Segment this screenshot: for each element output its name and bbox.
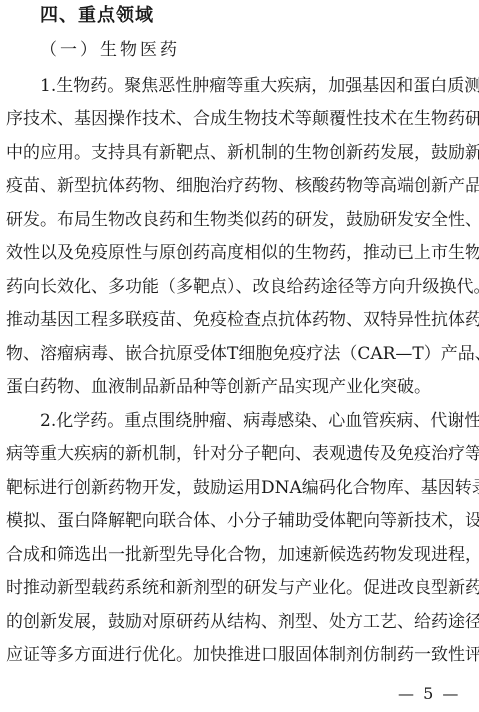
text-line: 的创新发展，鼓励对原研药从结构、剂型、处方工艺、给药途径、适: [6, 610, 476, 634]
text-line: 病等重大疾病的新机制，针对分子靶向、表观遗传及免疫治疗等新: [6, 442, 476, 466]
text-line: 应证等多方面进行优化。加快推进口服固体制剂仿制药一致性评: [6, 643, 476, 667]
text-line: 时推动新型载药系统和新剂型的研发与产业化。促进改良型新药: [6, 576, 476, 600]
text-line: 序技术、基因操作技术、合成生物技术等颠覆性技术在生物药研发: [6, 107, 476, 131]
section-heading: 四、重点领域: [40, 4, 154, 28]
subsection-heading: （一）生物医药: [40, 38, 180, 62]
page-number: — 5 —: [398, 684, 460, 704]
text-line: 推动基因工程多联疫苗、免疫检查点抗体药物、双特异性抗体药: [6, 308, 476, 332]
text-line: 蛋白药物、血液制品新品种等创新产品实现产业化突破。: [6, 375, 476, 399]
text-line: 合成和筛选出一批新型先导化合物，加速新候选药物发现进程，同: [6, 543, 476, 567]
text-line: 研发。布局生物改良药和生物类似药的研发，鼓励研发安全性、有: [6, 208, 476, 232]
text-line: 药向长效化、多功能（多靶点）、改良给药途径等方向升级换代。: [6, 275, 476, 299]
document-page: 四、重点领域 （一）生物医药 1.生物药。聚焦恶性肿瘤等重大疾病，加强基因和蛋白…: [0, 0, 479, 712]
text-line: 效性以及免疫原性与原创药高度相似的生物药，推动已上市生物: [6, 241, 476, 265]
text-line: 物、溶瘤病毒、嵌合抗原受体T细胞免疫疗法（CAR—T）产品、重组: [6, 342, 476, 366]
text-line: 中的应用。支持具有新靶点、新机制的生物创新药发展，鼓励新型: [6, 141, 476, 165]
text-line: 2.化学药。重点围绕肿瘤、病毒感染、心血管疾病、代谢性疾: [40, 409, 476, 433]
text-line: 模拟、蛋白降解靶向联合体、小分子辅助受体靶向等新技术，设计、: [6, 509, 476, 533]
text-line: 1.生物药。聚焦恶性肿瘤等重大疾病，加强基因和蛋白质测: [40, 74, 476, 98]
text-line: 疫苗、新型抗体药物、细胞治疗药物、核酸药物等高端创新产品的: [6, 174, 476, 198]
text-line: 靶标进行创新药物开发，鼓励运用DNA编码化合物库、基因转录: [6, 476, 476, 500]
